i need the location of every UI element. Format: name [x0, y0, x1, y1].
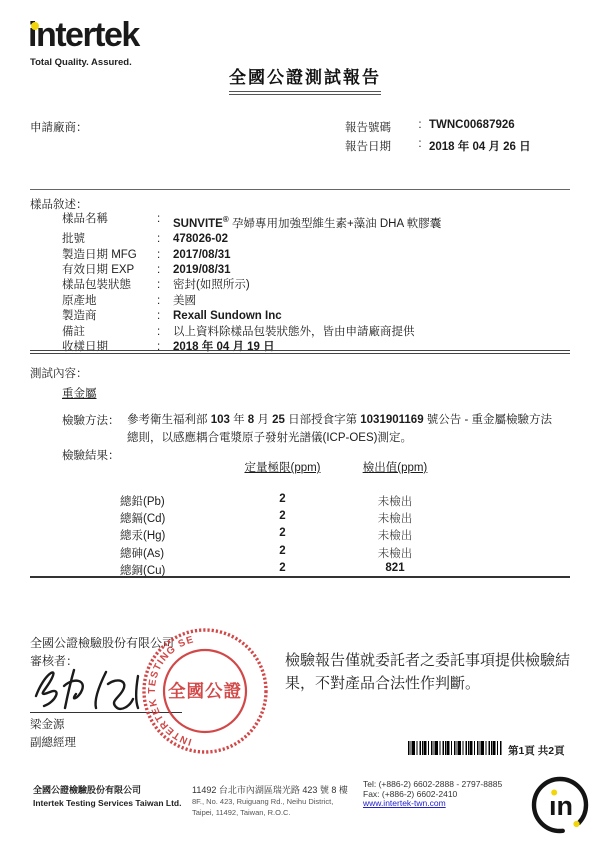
- sample-remark-row: 備註 : 以上資料除樣品包裝狀態外，皆由申請廠商提供: [62, 325, 441, 340]
- result-value: 未檢出: [335, 493, 455, 510]
- sample-mfg-row: 製造日期 MFG : 2017/08/31: [62, 248, 441, 263]
- divider-sample-bottom: [30, 350, 570, 354]
- footer-company-en: Intertek Testing Services Taiwan Ltd.: [33, 798, 181, 808]
- product-name: 孕婦專用加強型維生素+藻油 DHA 軟膠囊: [229, 218, 441, 230]
- limit-value: 2: [230, 493, 335, 510]
- reviewer-title: 副總經理: [30, 734, 76, 750]
- field-label: 批號: [62, 232, 157, 247]
- analyte-name: 總鎘(Cd): [120, 510, 230, 527]
- colon: :: [157, 212, 173, 232]
- colon: :: [157, 278, 173, 293]
- footer-address: 11492 台北市內湖區瑞光路 423 號 8 樓 8F., No. 423, …: [192, 783, 348, 817]
- footer-company: 全國公證檢驗股份有限公司 Intertek Testing Services T…: [33, 783, 181, 808]
- field-label: 樣品包裝狀態: [62, 278, 157, 293]
- field-label: 有效日期 EXP: [62, 263, 157, 278]
- limit-value: 2: [230, 510, 335, 527]
- sample-fields: 樣品名稱 : SUNVITE® 孕婦專用加強型維生素+藻油 DHA 軟膠囊 批號…: [62, 212, 441, 355]
- test-section-title: 測試內容：: [30, 365, 88, 381]
- analyte-group: 重金屬: [62, 385, 97, 401]
- intertek-logo: intertek: [28, 16, 139, 55]
- logo-yellow-dot-icon: [31, 22, 39, 30]
- method-seg: 日部授食字第: [285, 414, 360, 426]
- result-value: 未檢出: [335, 527, 455, 544]
- page-title: 全國公證測試報告: [229, 63, 381, 95]
- table-row: 總汞(Hg) 2 未檢出: [120, 527, 460, 544]
- field-value: 2017/08/31: [173, 248, 231, 263]
- footer-address-en1: 8F., No. 423, Ruiguang Rd., Neihu Distri…: [192, 798, 348, 807]
- result-value: 未檢出: [335, 510, 455, 527]
- colon: :: [411, 119, 429, 131]
- reviewer-name: 梁金源: [30, 716, 65, 732]
- method-seg: 1031901169: [360, 414, 423, 426]
- report-number-label: 報告號碼: [345, 119, 411, 135]
- sample-packing-row: 樣品包裝狀態 : 密封(如照所示): [62, 278, 441, 293]
- item-header: [120, 459, 230, 481]
- method-text: 參考衛生福利部 103 年 8 月 25 日部授食字第 1031901169 號…: [127, 412, 560, 447]
- field-label: 樣品名稱: [62, 212, 157, 232]
- field-label: 製造日期 MFG: [62, 248, 157, 263]
- method-seg: 25: [272, 414, 285, 426]
- page-indicator: 第1頁 共2頁: [508, 743, 565, 758]
- method-seg: 參考衛生福利部: [127, 414, 211, 426]
- analyte-name: 總砷(As): [120, 545, 230, 562]
- footer-contact: Tel: (+886-2) 6602-2888 - 2797-8885 Fax:…: [363, 780, 502, 809]
- sample-exp-row: 有效日期 EXP : 2019/08/31: [62, 263, 441, 278]
- report-date-label: 報告日期: [345, 138, 411, 154]
- svg-text:ın: ın: [549, 791, 573, 821]
- sample-origin-row: 原產地 : 美國: [62, 294, 441, 309]
- colon: :: [157, 263, 173, 278]
- stamp-center-text: 全國公證: [168, 681, 242, 701]
- colon: :: [157, 232, 173, 247]
- field-value: 以上資料除樣品包裝狀態外，皆由申請廠商提供: [173, 325, 415, 340]
- table-gap: [120, 481, 460, 493]
- table-header-row: 定量極限(ppm) 檢出值(ppm): [120, 459, 460, 481]
- logo-text: intertek: [28, 16, 139, 54]
- footer-address-en2: Taipei, 11492, Taiwan, R.O.C.: [192, 809, 348, 818]
- analyte-name: 總汞(Hg): [120, 527, 230, 544]
- method-label: 檢驗方法：: [62, 412, 127, 447]
- method-seg: 月: [254, 414, 272, 426]
- field-value: 密封(如照所示): [173, 278, 250, 293]
- limit-header: 定量極限(ppm): [244, 462, 320, 474]
- report-number-row: 報告號碼 : TWNC00687926: [345, 119, 531, 138]
- test-report-page: intertek Total Quality. Assured. 全國公證測試報…: [0, 0, 600, 849]
- sample-batch-row: 批號 : 478026-02: [62, 232, 441, 247]
- field-label: 製造商: [62, 309, 157, 324]
- field-value: 2019/08/31: [173, 263, 231, 278]
- colon: :: [157, 309, 173, 324]
- limit-value: 2: [230, 527, 335, 544]
- field-label: 原產地: [62, 294, 157, 309]
- colon: :: [157, 248, 173, 263]
- sample-section-title: 樣品敘述：: [30, 196, 88, 212]
- logo-tagline: Total Quality. Assured.: [30, 57, 132, 68]
- table-row: 總砷(As) 2 未檢出: [120, 545, 460, 562]
- colon: :: [157, 325, 173, 340]
- applicant-label: 申請廠商：: [30, 119, 88, 135]
- result-value: 未檢出: [335, 545, 455, 562]
- divider-table-bottom: [30, 576, 570, 578]
- method-row: 檢驗方法： 參考衛生福利部 103 年 8 月 25 日部授食字第 103190…: [62, 412, 562, 447]
- sample-manufacturer-row: 製造商 : Rexall Sundown Inc: [62, 309, 441, 324]
- table-row: 總鉛(Pb) 2 未檢出: [120, 493, 460, 510]
- disclaimer-text: 檢驗報告僅就委託者之委託事項提供檢驗結果，不對產品合法性作判斷。: [285, 650, 571, 695]
- results-table: 定量極限(ppm) 檢出值(ppm) 總鉛(Pb) 2 未檢出 總鎘(Cd) 2…: [120, 459, 460, 579]
- field-value: Rexall Sundown Inc: [173, 309, 282, 324]
- field-value: 478026-02: [173, 232, 228, 247]
- method-seg: 103: [211, 414, 230, 426]
- intertek-in-circle-logo: ın: [528, 773, 592, 837]
- barcode: [408, 741, 502, 755]
- table-row: 總鎘(Cd) 2 未檢出: [120, 510, 460, 527]
- report-date-row: 報告日期 : 2018 年 04 月 26 日: [345, 138, 531, 157]
- sample-name-row: 樣品名稱 : SUNVITE® 孕婦專用加強型維生素+藻油 DHA 軟膠囊: [62, 212, 441, 232]
- result-label: 檢驗結果：: [62, 447, 120, 463]
- company-seal-stamp: INTERTEK TESTING SERVICES TAIWAN LTD. 全國…: [139, 625, 271, 757]
- result-header: 檢出值(ppm): [363, 462, 428, 474]
- method-seg: 年: [230, 414, 248, 426]
- divider-top: [30, 189, 570, 190]
- footer-address-zh: 11492 台北市內湖區瑞光路 423 號 8 樓: [192, 783, 348, 796]
- report-info-block: 報告號碼 : TWNC00687926 報告日期 : 2018 年 04 月 2…: [345, 119, 531, 156]
- field-value: 美國: [173, 294, 196, 309]
- brand-name: SUNVITE: [173, 218, 223, 230]
- limit-value: 2: [230, 545, 335, 562]
- report-date-value: 2018 年 04 月 26 日: [429, 138, 531, 154]
- report-number-value: TWNC00687926: [429, 119, 515, 131]
- analyte-name: 總鉛(Pb): [120, 493, 230, 510]
- field-label: 備註: [62, 325, 157, 340]
- colon: :: [157, 294, 173, 309]
- footer-company-zh: 全國公證檢驗股份有限公司: [33, 783, 181, 796]
- footer-website-link[interactable]: www.intertek-twn.com: [363, 799, 502, 809]
- colon: :: [411, 138, 429, 150]
